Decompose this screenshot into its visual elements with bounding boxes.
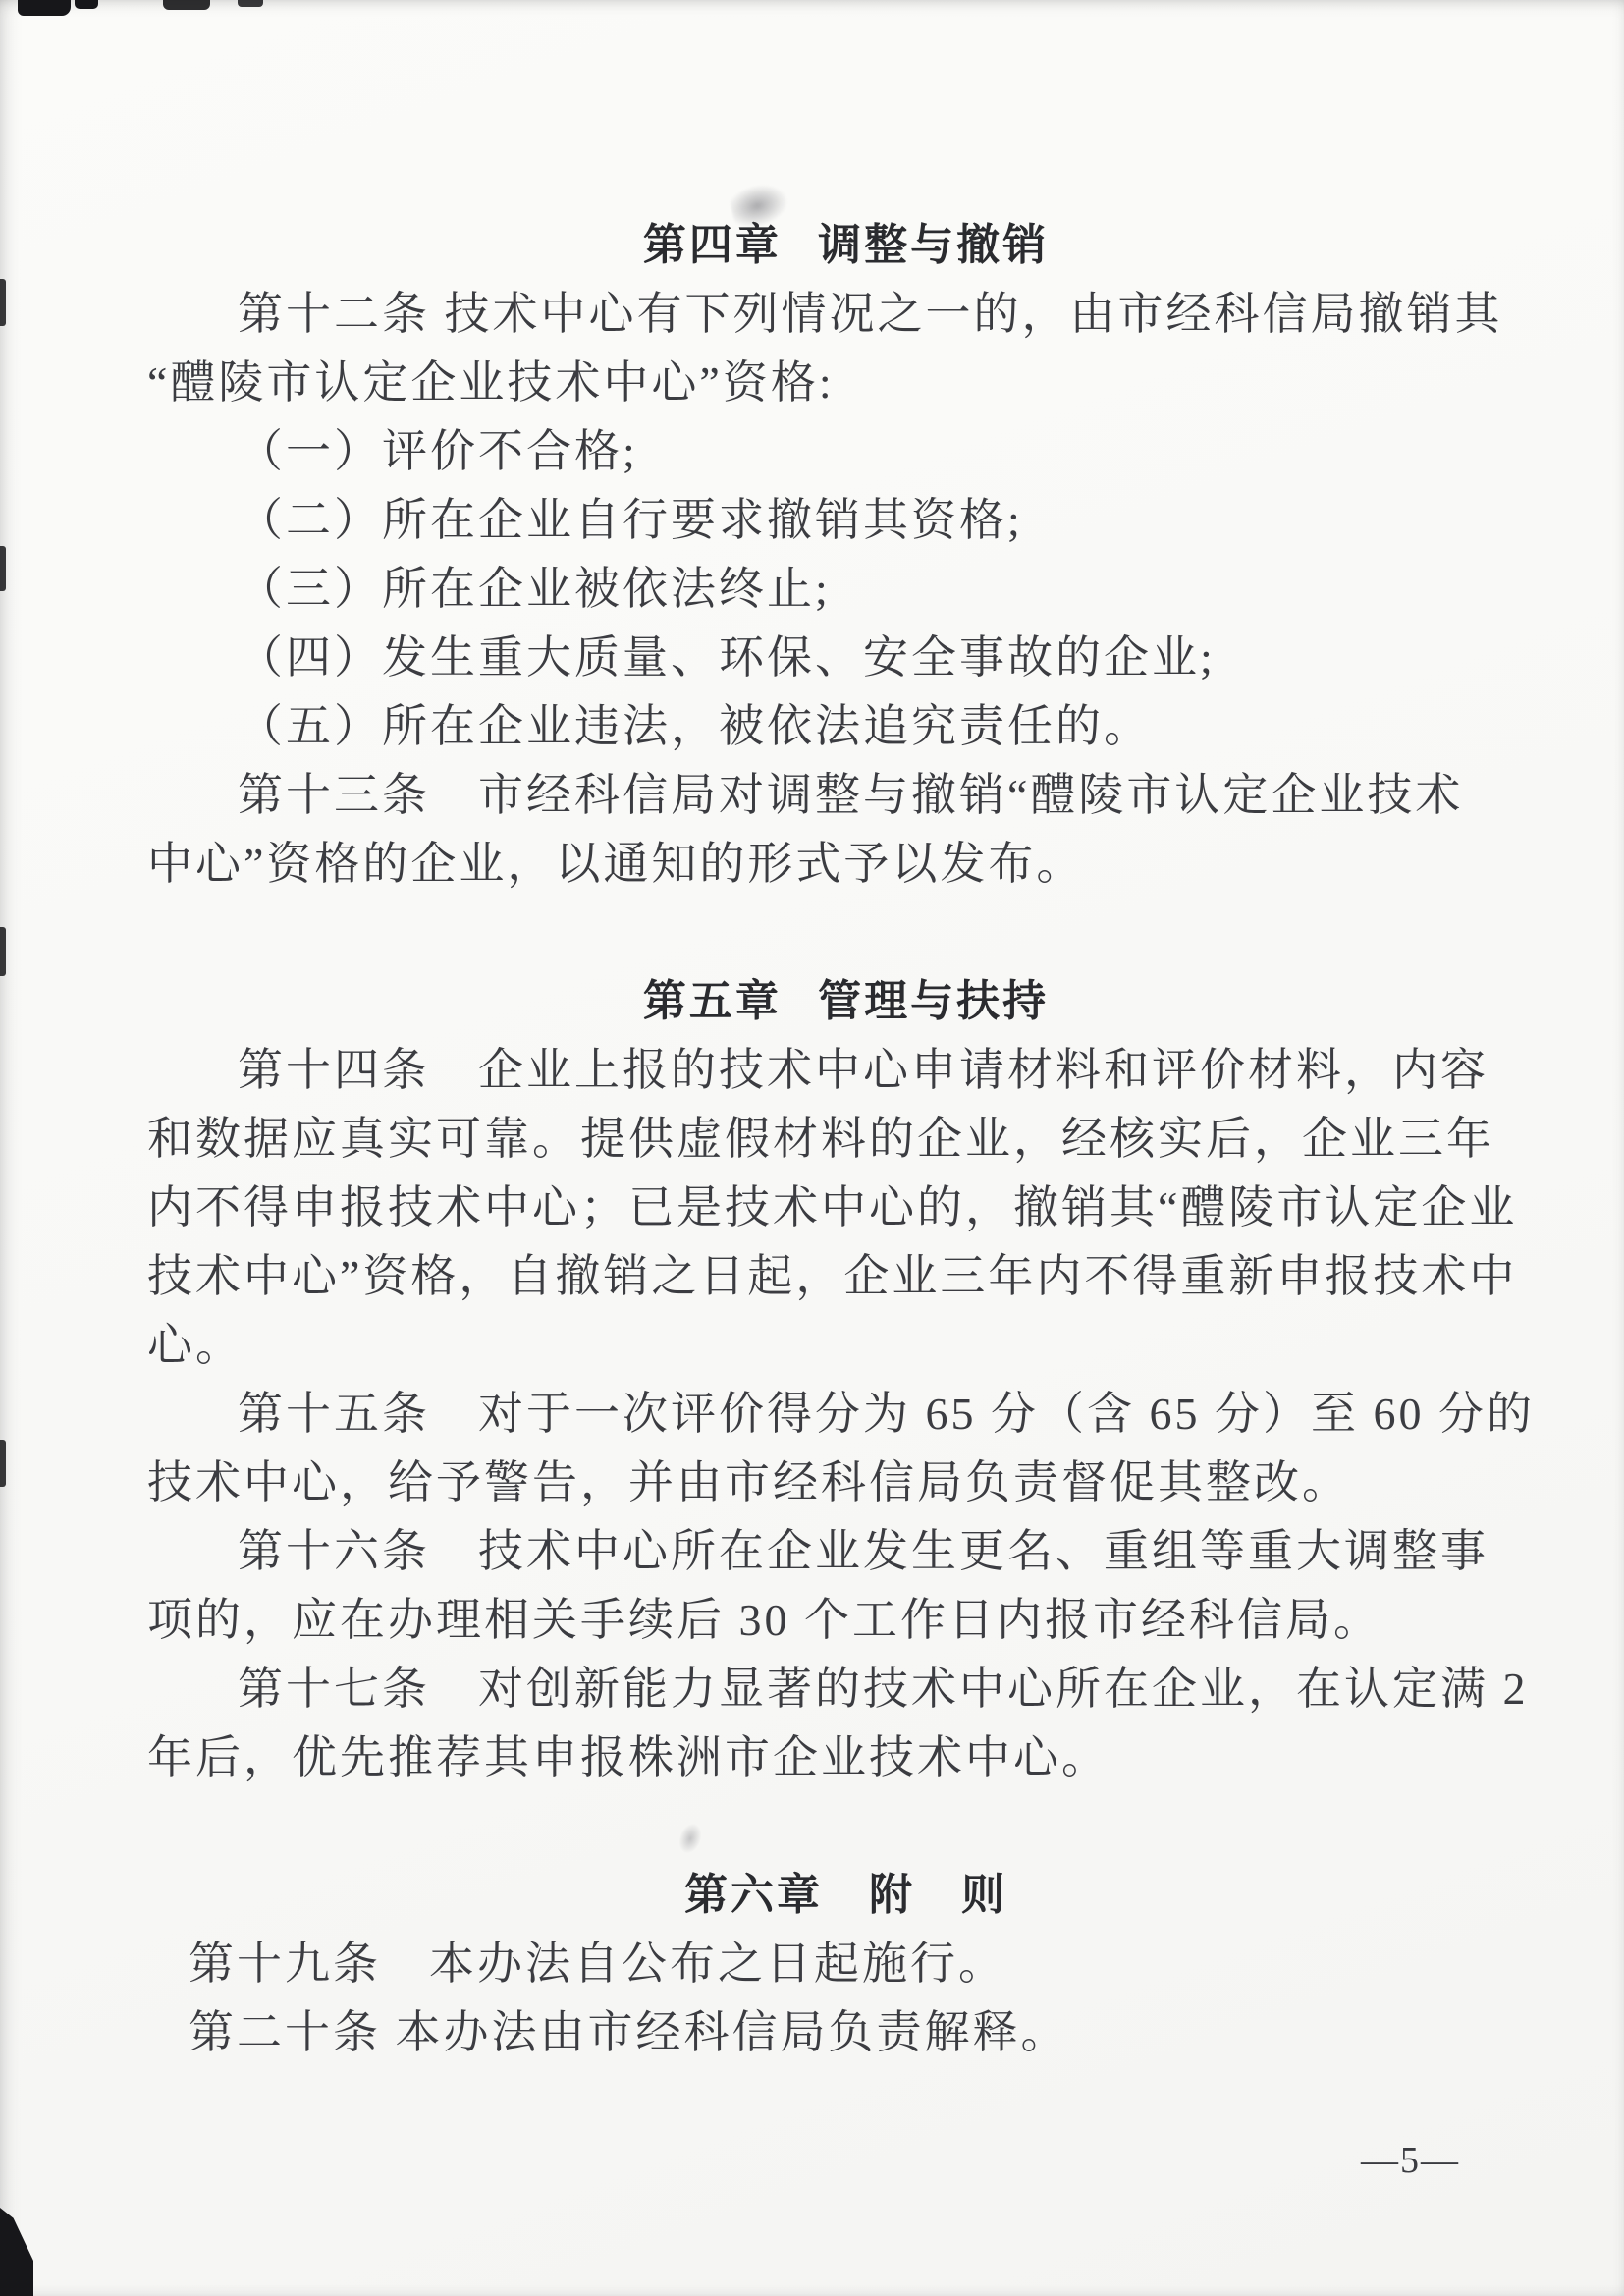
list-item: （三）所在企业被依法终止;: [147, 555, 1482, 624]
scan-artifact-top-edge-2: [238, 0, 263, 7]
scan-artifact-left-edge: [0, 546, 6, 591]
paragraph-line: 内不得申报技术中心；已是技术中心的，撤销其“醴陵市认定企业: [147, 1174, 1482, 1242]
paragraph-line: “醴陵市认定企业技术中心”资格:: [147, 349, 1482, 417]
paragraph-line: 第二十条 本办法由市经科信局负责解释。: [147, 1998, 1482, 2067]
document-content: 第四章 调整与撤销 第十二条 技术中心有下列情况之一的，由市经科信局撤销其 “醴…: [147, 211, 1482, 2067]
paragraph-line: 第十三条 市经科信局对调整与撤销“醴陵市认定企业技术: [147, 761, 1482, 830]
paragraph-line: 技术中心”资格，自撤销之日起，企业三年内不得重新申报技术中: [147, 1242, 1482, 1311]
scan-artifact-left-edge: [0, 1440, 6, 1487]
scan-artifact-left-edge: [0, 279, 6, 326]
paragraph-line: 第十四条 企业上报的技术中心申请材料和评价材料，内容: [147, 1036, 1482, 1105]
scan-artifact-bottom-left: [0, 2208, 33, 2296]
chapter-5-heading: 第五章 管理与扶持: [179, 967, 1513, 1036]
paragraph-line: 中心”资格的企业，以通知的形式予以发布。: [147, 830, 1482, 899]
paragraph-line: 心。: [147, 1311, 1482, 1380]
paragraph-line: 第十六条 技术中心所在企业发生更名、重组等重大调整事: [147, 1517, 1482, 1586]
scan-artifact-top-edge: [163, 0, 210, 10]
paragraph-line: 项的，应在办理相关手续后 30 个工作日内报市经科信局。: [147, 1586, 1482, 1655]
paragraph-line: 和数据应真实可靠。提供虚假材料的企业，经核实后，企业三年: [147, 1105, 1482, 1174]
list-item: （五）所在企业违法，被依法追究责任的。: [147, 692, 1482, 761]
scan-artifact-top-left: [18, 0, 71, 16]
paragraph-line: 第十二条 技术中心有下列情况之一的，由市经科信局撤销其: [147, 280, 1482, 349]
scan-artifact-left-edge: [0, 927, 6, 976]
scan-artifact-top-left-2: [75, 0, 98, 9]
paragraph-line: 第十五条 对于一次评价得分为 65 分（含 65 分）至 60 分的: [147, 1380, 1482, 1449]
list-item: （一）评价不合格;: [147, 417, 1482, 486]
paragraph-line: 第十九条 本办法自公布之日起施行。: [147, 1930, 1482, 1998]
paragraph-line: 第十七条 对创新能力显著的技术中心所在企业，在认定满 2: [147, 1655, 1482, 1723]
list-item: （四）发生重大质量、环保、安全事故的企业;: [147, 624, 1482, 692]
paragraph-line: 技术中心，给予警告，并由市经科信局负责督促其整改。: [147, 1449, 1482, 1517]
chapter-6-heading: 第六章 附 则: [179, 1861, 1513, 1930]
document-page: 第四章 调整与撤销 第十二条 技术中心有下列情况之一的，由市经科信局撤销其 “醴…: [0, 0, 1624, 2296]
list-item: （二）所在企业自行要求撤销其资格;: [147, 486, 1482, 555]
chapter-4-heading: 第四章 调整与撤销: [179, 211, 1513, 280]
page-number: —5—: [1361, 2139, 1460, 2182]
paragraph-line: 年后，优先推荐其申报株洲市企业技术中心。: [147, 1723, 1482, 1792]
